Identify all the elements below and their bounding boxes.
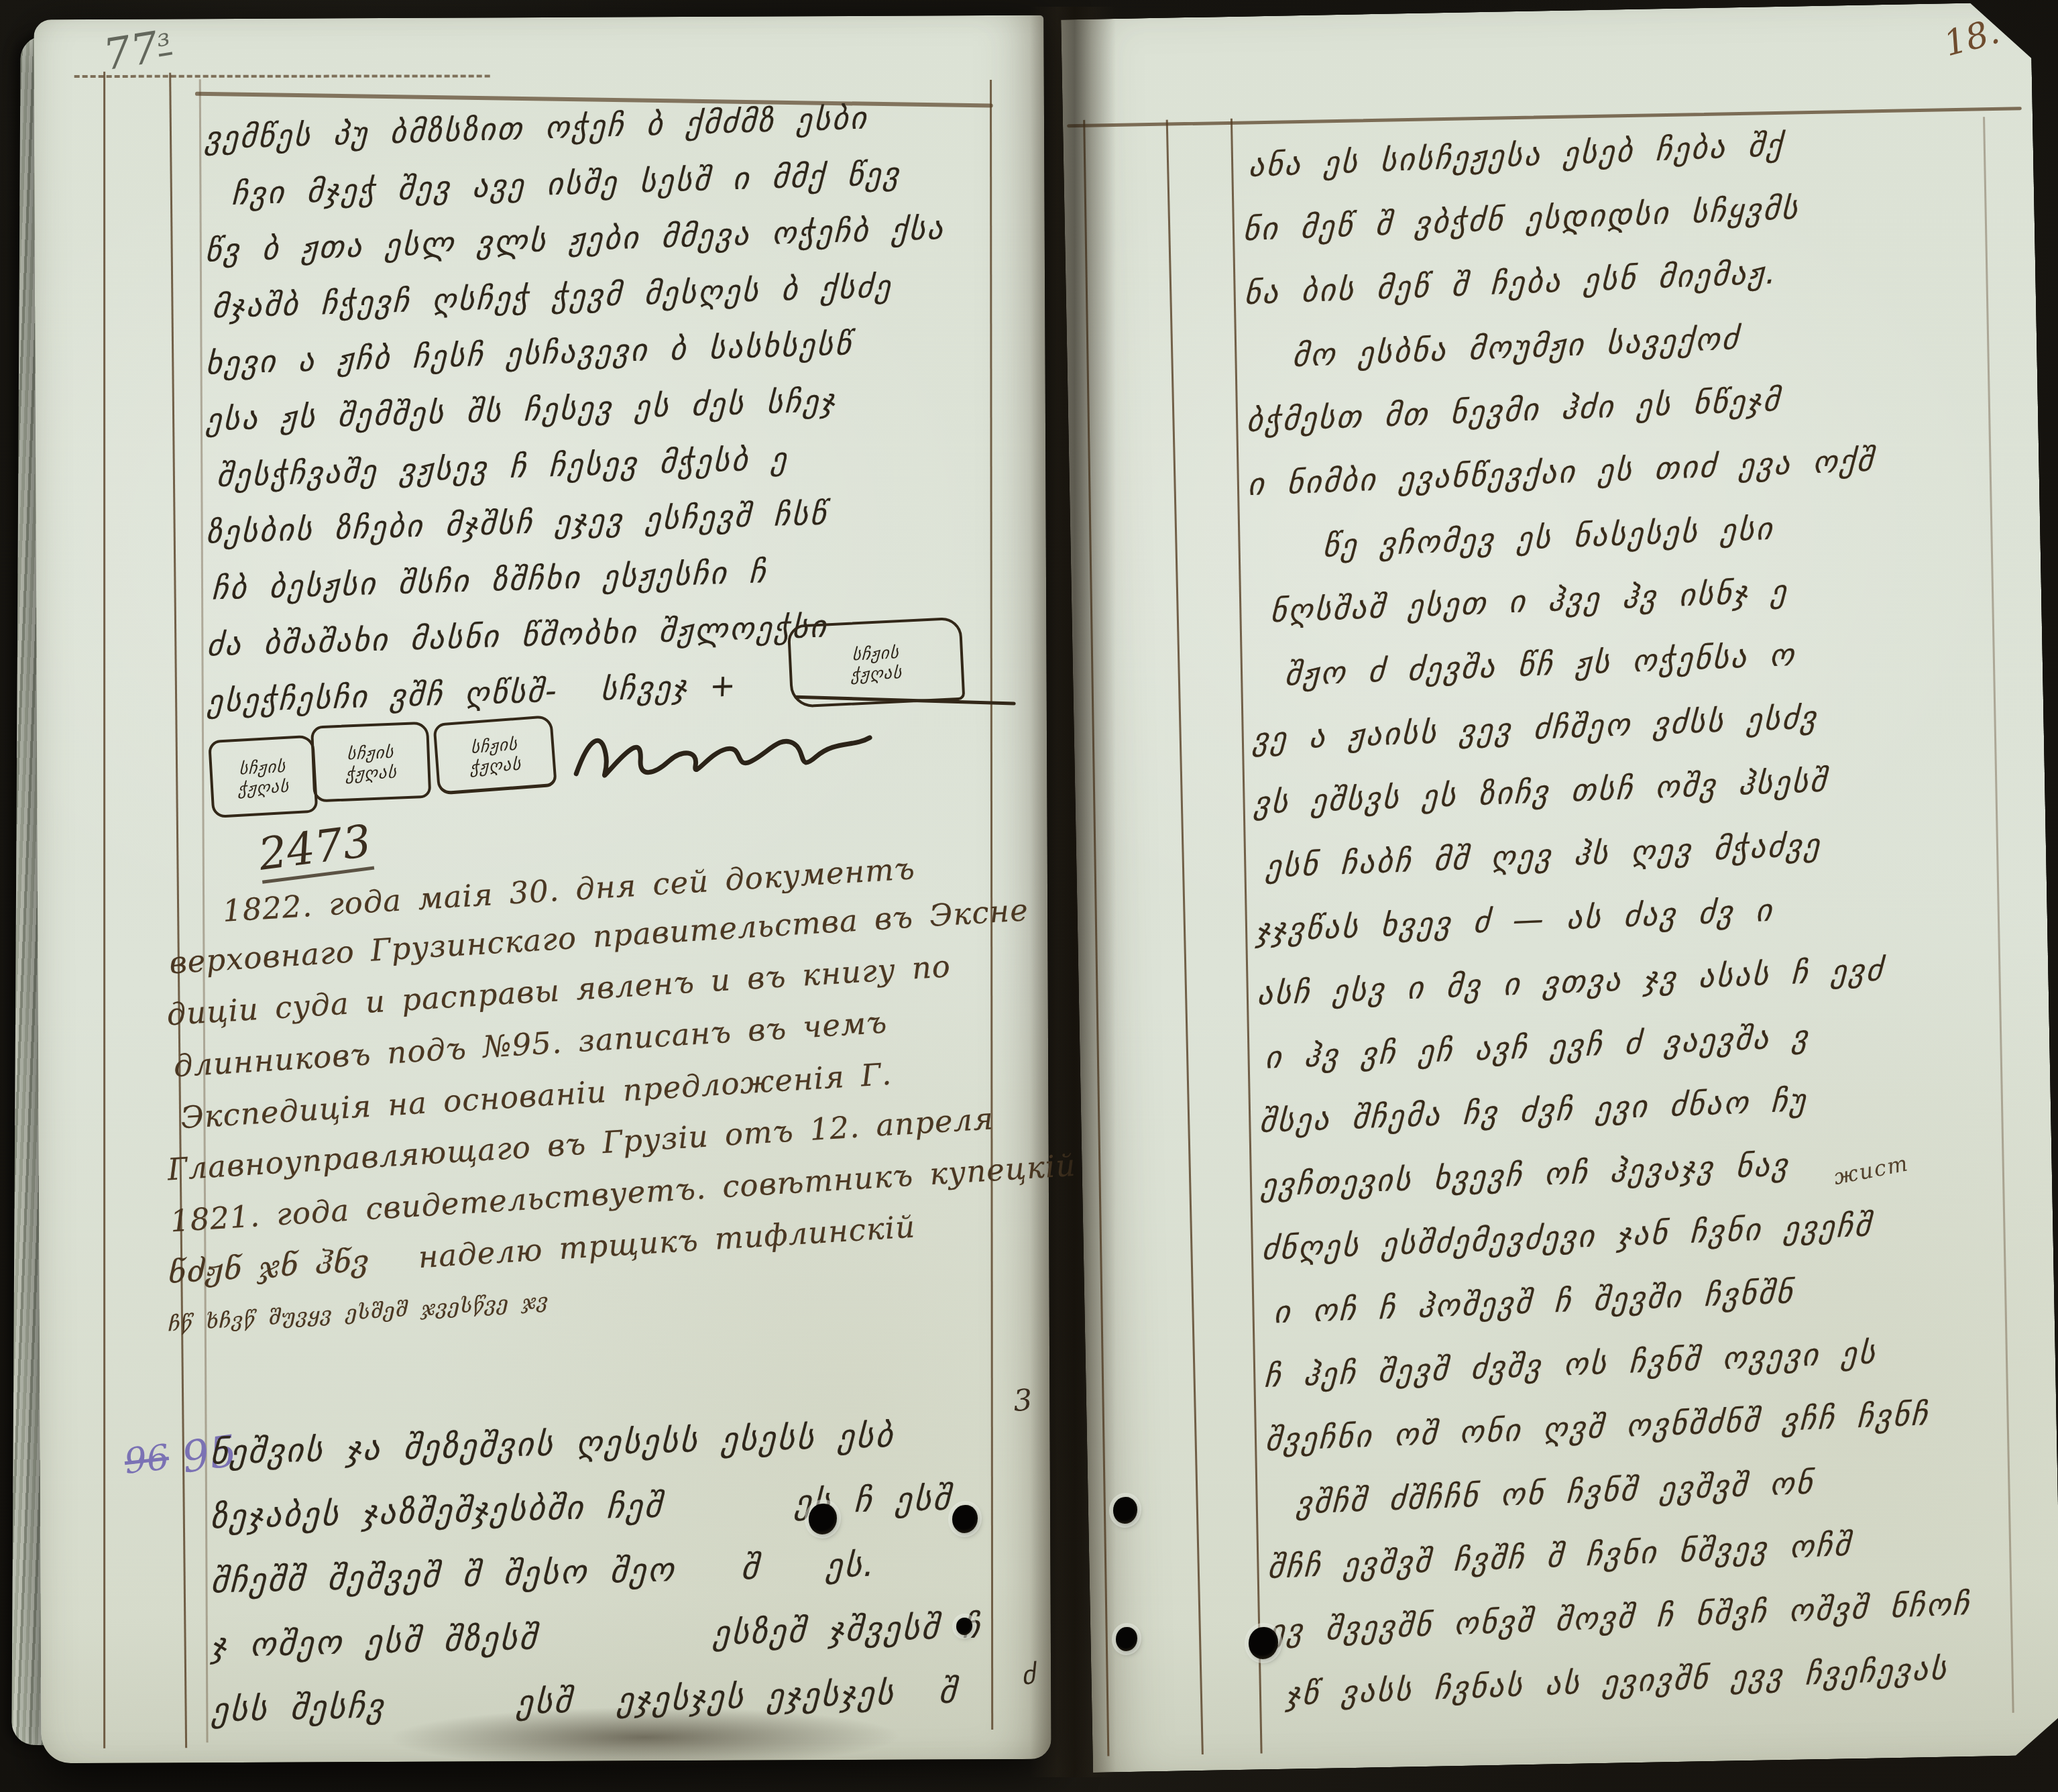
ruled-line bbox=[1166, 120, 1204, 1754]
right-page: 18. ანა ეს სისჩეჟესა ესებ ჩება შქნი მეწ … bbox=[1061, 2, 2058, 1773]
russian-notarial-block: 1822. года маія 30. дня сей документъвер… bbox=[166, 882, 1033, 1351]
notary-stamp: სჩჟის ჭჟღას bbox=[787, 617, 966, 708]
stamp-text: ჭჟღას bbox=[220, 775, 308, 801]
georgian-text-block-right: ანა ეს სისჩეჟესა ესებ ჩება შქნი მეწ შ ვბ… bbox=[1241, 113, 2021, 1719]
notary-stamp-row bbox=[34, 15, 1043, 20]
photographed-manuscript: 77з ვემწეს პუ ბმზსზით ოჭეჩ ბ ქმძმზ ესბიჩ… bbox=[0, 0, 2058, 1792]
paper-stain bbox=[390, 1706, 899, 1769]
georgian-text-block-bottom: ნეშვის ჯა შეზეშვის ღესესს ესესს ესბზეჯაბ… bbox=[210, 1409, 1003, 1734]
ruled-line bbox=[103, 72, 105, 1748]
left-page: 77з ვემწეს პუ ბმზსზით ოჭეჩ ბ ქმძმზ ესბიჩ… bbox=[34, 15, 1051, 1764]
book-gutter-shadow bbox=[1030, 7, 1116, 1777]
stamp-text: ჭჟღას bbox=[321, 761, 422, 785]
folio-number-crossed: 96 bbox=[123, 1437, 171, 1482]
right-folio-number: 18. bbox=[1940, 11, 2004, 64]
registry-number: 2473 bbox=[255, 815, 374, 884]
notary-stamp: სჩჟის ჭჟღას bbox=[433, 715, 557, 795]
notary-stamp: სჩჟის ჭჟღას bbox=[310, 722, 431, 803]
notary-stamp: სჩჟის ჭჟღას bbox=[208, 734, 318, 818]
left-folio-number: 77з bbox=[100, 21, 174, 80]
signature-flourish bbox=[567, 708, 882, 803]
ruled-line bbox=[74, 74, 490, 78]
